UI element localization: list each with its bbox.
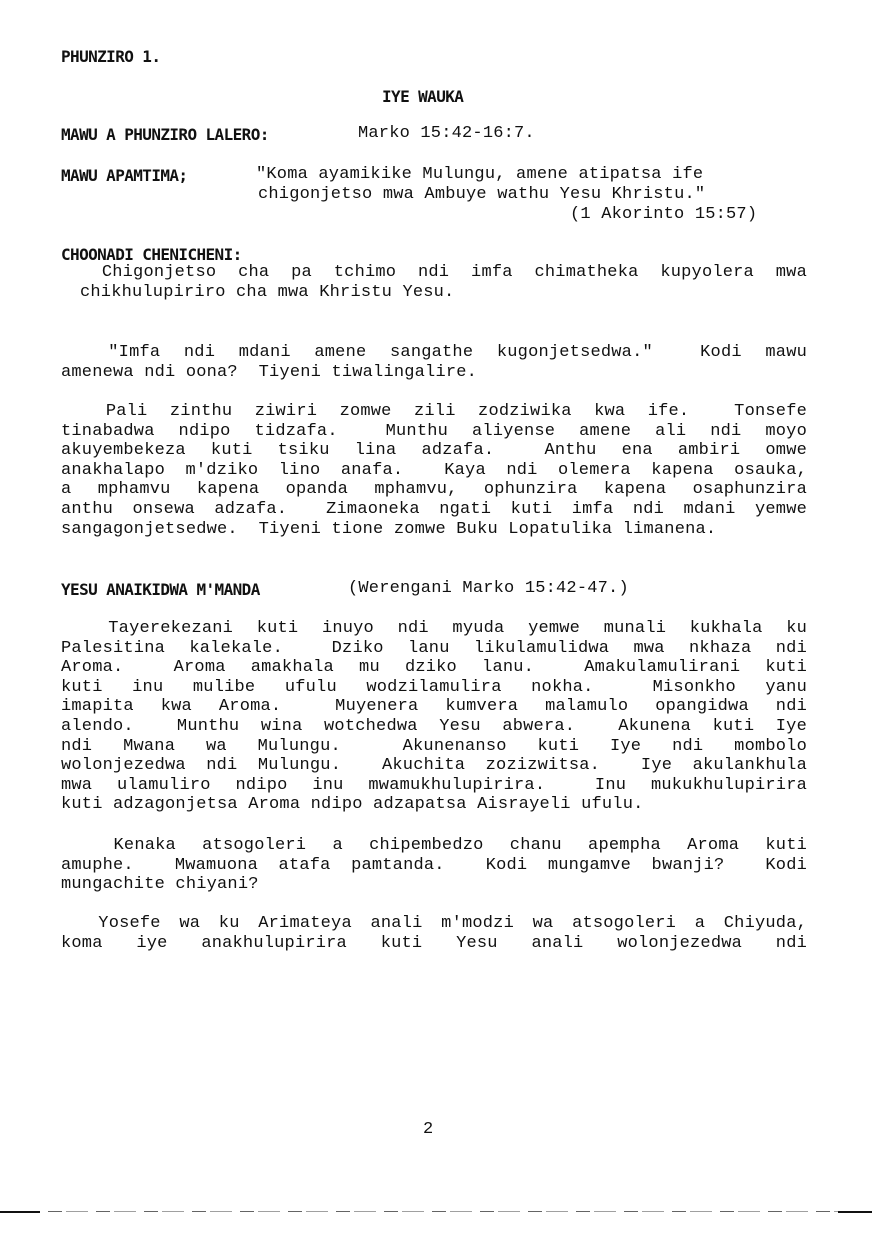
text-line: Pali zinthu ziwiri zomwe zili zodziwika … <box>61 402 807 422</box>
lesson-number: PHUNZIRO 1. <box>61 47 160 66</box>
text-line: koma iye anakhulupirira kuti Yesu anali … <box>61 934 807 954</box>
central-truth-label: CHOONADI CHENICHENI: <box>61 245 242 264</box>
text-line: mwa ulamuliro ndipo inu mwamukhulupirira… <box>61 776 807 796</box>
text-line: Kenaka atsogoleri a chipembedzo chanu ap… <box>61 836 807 856</box>
section-paragraph-3: Yosefe wa ku Arimateya anali m'modzi wa … <box>61 914 807 953</box>
text-line: Palesitina kalekale. Dziko lanu likulamu… <box>61 639 807 659</box>
memory-verse-citation: (1 Akorinto 15:57) <box>570 205 757 224</box>
intro-paragraph-1: "Imfa ndi mdani amene sangathe kugonjets… <box>61 343 807 382</box>
reading-label: MAWU A PHUNZIRO LALERO: <box>61 125 269 144</box>
section-paragraph-1: Tayerekezani kuti inuyo ndi myuda yemwe … <box>61 619 807 815</box>
intro-paragraph-2: Pali zinthu ziwiri zomwe zili zodziwika … <box>61 402 807 539</box>
lesson-title: IYE WAUKA <box>382 87 463 106</box>
text-line: Yosefe wa ku Arimateya anali m'modzi wa … <box>61 914 807 934</box>
text-line: "Imfa ndi mdani amene sangathe kugonjets… <box>61 343 807 363</box>
text-line: ndi Mwana wa Mulungu. Akunenanso kuti Iy… <box>61 737 807 757</box>
section-heading: YESU ANAIKIDWA M'MANDA <box>61 580 260 599</box>
text-line: anthu onsewa adzafa. Zimaoneka ngati kut… <box>61 500 807 520</box>
memory-verse-label: MAWU APAMTIMA; <box>61 166 187 185</box>
text-line: kuti inu mulibe ufulu wodzilamulira nokh… <box>61 678 807 698</box>
scan-edge-rule-right <box>838 1211 872 1213</box>
reading-reference: Marko 15:42-16:7. <box>358 124 535 143</box>
text-line: anakhalapo m'dziko lino anafa. Kaya ndi … <box>61 461 807 481</box>
page-number: 2 <box>423 1120 433 1139</box>
memory-verse-line: "Koma ayamikike Mulungu, amene atipatsa … <box>256 165 703 184</box>
text-line: Aroma. Aroma amakhala mu dziko lanu. Ama… <box>61 658 807 678</box>
text-line: imapita kwa Aroma. Muyenera kumvera mala… <box>61 697 807 717</box>
central-truth-body: Chigonjetso cha pa tchimo ndi imfa chima… <box>80 263 807 302</box>
scan-edge-rule-left <box>0 1211 40 1213</box>
text-line: mungachite chiyani? <box>61 875 807 895</box>
section-paragraph-2: Kenaka atsogoleri a chipembedzo chanu ap… <box>61 836 807 895</box>
text-line: sangagonjetsedwe. Tiyeni tione zomwe Buk… <box>61 520 807 540</box>
text-line: Chigonjetso cha pa tchimo ndi imfa chima… <box>80 263 807 283</box>
text-line: Tayerekezani kuti inuyo ndi myuda yemwe … <box>61 619 807 639</box>
text-line: amuphe. Mwamuona atafa pamtanda. Kodi mu… <box>61 856 807 876</box>
memory-verse-line: chigonjetso mwa Ambuye wathu Yesu Khrist… <box>258 185 705 204</box>
text-line: tinabadwa ndipo tidzafa. Munthu aliyense… <box>61 422 807 442</box>
text-line: amenewa ndi oona? Tiyeni tiwalingalire. <box>61 363 807 383</box>
text-line: alendo. Munthu wina wotchedwa Yesu abwer… <box>61 717 807 737</box>
text-line: a mphamvu kapena opanda mphamvu, ophunzi… <box>61 480 807 500</box>
text-line: wolonjezedwa ndi Mulungu. Akuchita zoziz… <box>61 756 807 776</box>
text-line: chikhulupiriro cha mwa Khristu Yesu. <box>80 283 807 303</box>
text-line: akuyembekeza kuti tsiku lina adzafa. Ant… <box>61 441 807 461</box>
scan-edge-rule <box>0 1211 872 1212</box>
text-line: kuti adzagonjetsa Aroma ndipo adzapatsa … <box>61 795 807 815</box>
section-reading-note: (Werengani Marko 15:42-47.) <box>348 579 629 598</box>
